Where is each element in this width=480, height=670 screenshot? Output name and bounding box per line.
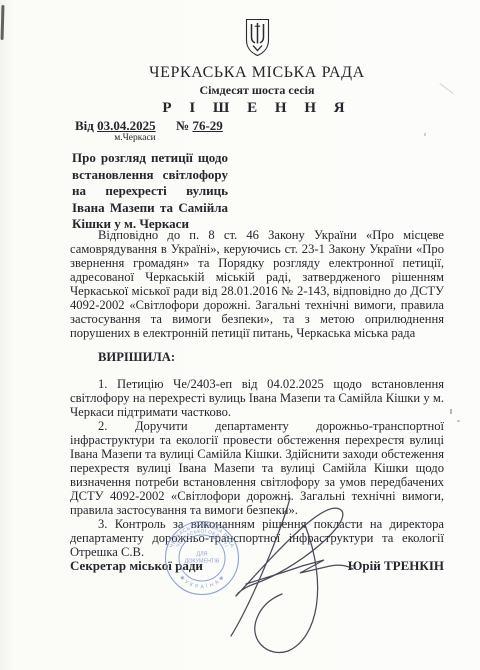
document-type-title: Р І Ш Е Н Н Я [70, 100, 444, 117]
scanned-document-page: ЧЕРКАСЬКА МІСЬКА РАДА Сімдесят шоста сес… [0, 0, 480, 670]
date-number-row: Від 03.04.2025 № 76-29 [75, 118, 223, 134]
from-label: Від [75, 118, 94, 133]
scan-speck [450, 409, 452, 414]
signer-name: Юрій ТРЕНКІН [348, 558, 444, 574]
document-subject: Про розгляд петиції щодо встановлення св… [72, 150, 228, 233]
scan-speck [424, 133, 426, 136]
document-date: 03.04.2025 [97, 118, 156, 133]
handwritten-signature [210, 470, 360, 655]
number-sign: № [176, 118, 189, 133]
stamp-center-line1: ДЛЯ [196, 552, 207, 558]
resolution-item-1: 1. Петицію Че/2403-еп від 04.02.2025 щод… [70, 377, 444, 419]
content-column: ЧЕРКАСЬКА МІСЬКА РАДА Сімдесят шоста сес… [70, 18, 444, 117]
council-name: ЧЕРКАСЬКА МІСЬКА РАДА [70, 64, 444, 82]
scan-speck [457, 420, 460, 422]
document-number: 76-29 [192, 118, 222, 133]
preamble-paragraph: Відповідно до п. 8 ст. 46 Закону України… [70, 228, 444, 340]
session-title: Сімдесят шоста сесія [70, 83, 444, 98]
scan-edge-artifact [1, 5, 5, 40]
document-header: ЧЕРКАСЬКА МІСЬКА РАДА Сімдесят шоста сес… [70, 18, 444, 117]
resolved-label: ВИРІШИЛА: [70, 350, 444, 364]
document-place: м.Черкаси [97, 133, 173, 143]
ukraine-trident-emblem-icon [244, 18, 271, 57]
